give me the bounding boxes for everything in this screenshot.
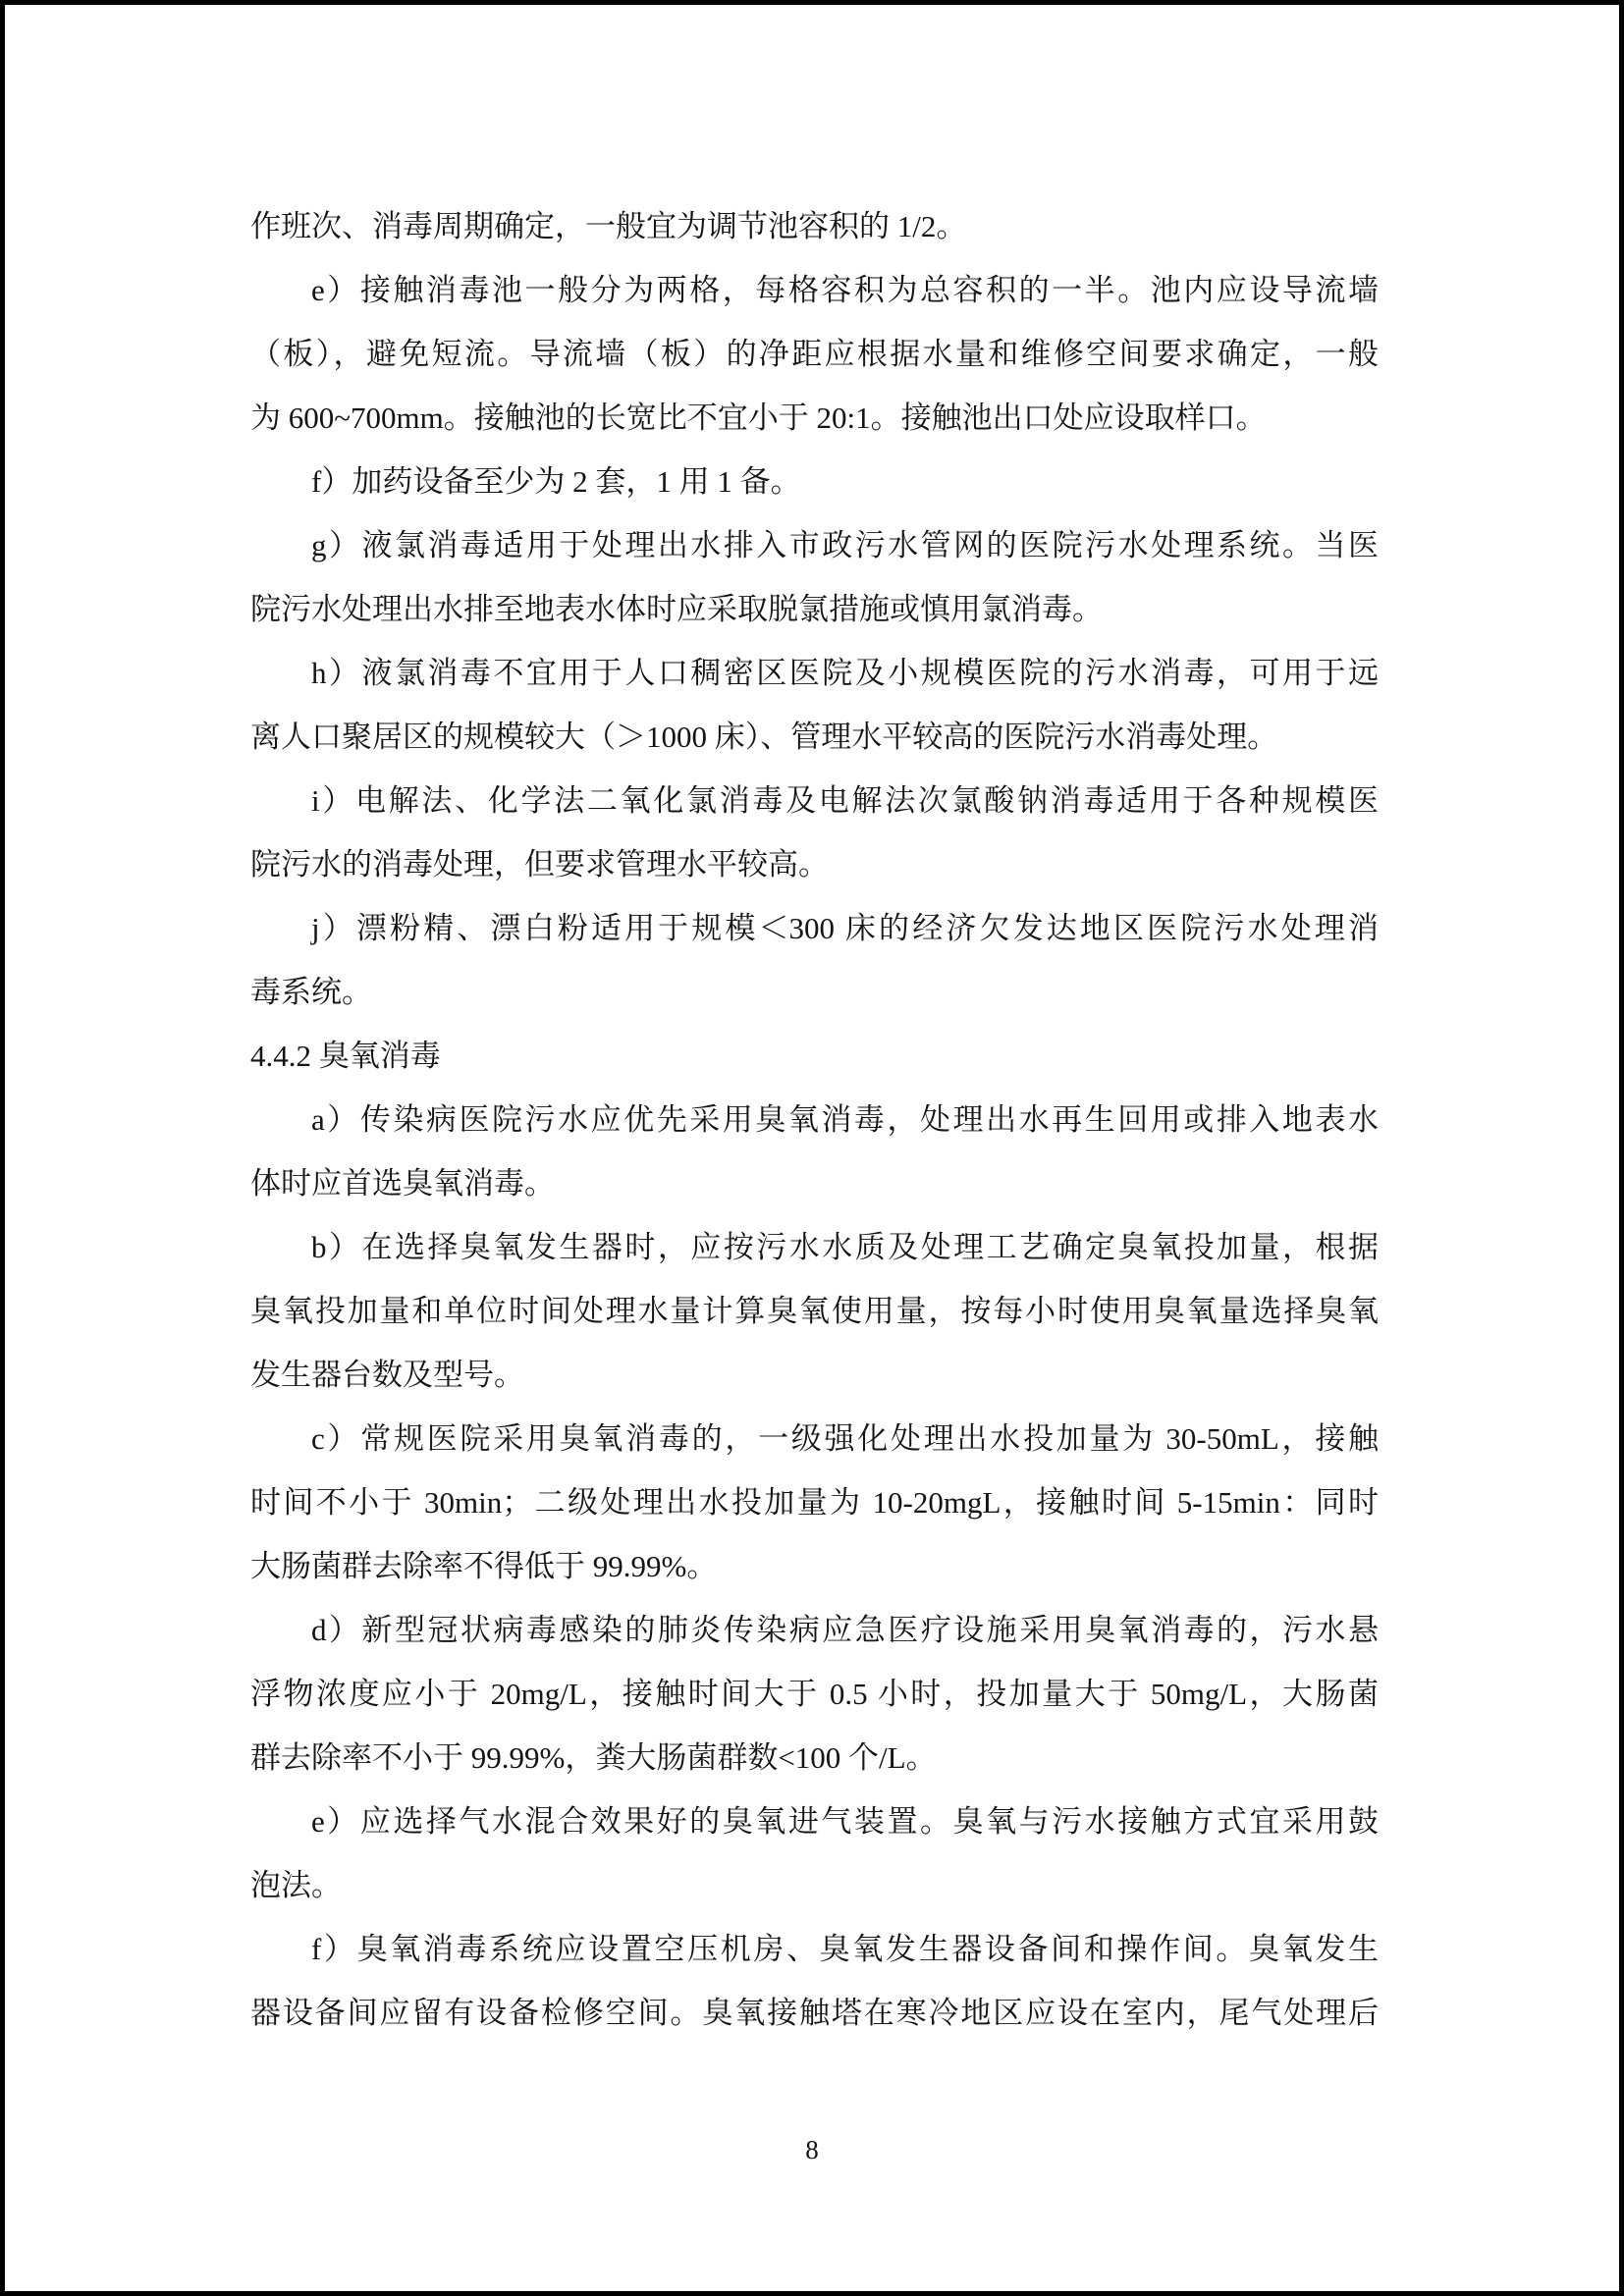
text-line: d）新型冠状病毒感染的肺炎传染病应急医疗设施采用臭氧消毒的，污水悬: [250, 1598, 1379, 1662]
text-line: 浮物浓度应小于 20mg/L，接触时间大于 0.5 小时，投加量大于 50mg/…: [250, 1662, 1379, 1726]
text-line: h）液氯消毒不宜用于人口稠密区医院及小规模医院的污水消毒，可用于远: [250, 641, 1379, 705]
text-line: 体时应首选臭氧消毒。: [250, 1151, 1379, 1215]
text-line: 为 600~700mm。接触池的长宽比不宜小于 20:1。接触池出口处应设取样口…: [250, 386, 1379, 450]
text-line: c）常规医院采用臭氧消毒的，一级强化处理出水投加量为 30-50mL，接触: [250, 1407, 1379, 1470]
text-line: g）液氯消毒适用于处理出水排入市政污水管网的医院污水处理系统。当医: [250, 513, 1379, 577]
text-line: 4.4.2 臭氧消毒: [250, 1024, 1379, 1088]
text-line: e）接触消毒池一般分为两格，每格容积为总容积的一半。池内应设导流墙: [250, 258, 1379, 322]
text-line: i）电解法、化学法二氧化氯消毒及电解法次氯酸钠消毒适用于各种规模医: [250, 769, 1379, 832]
document-page: 作班次、消毒周期确定，一般宜为调节池容积的 1/2。e）接触消毒池一般分为两格，…: [0, 0, 1624, 2296]
text-line: 发生器台数及型号。: [250, 1343, 1379, 1407]
text-line: 离人口聚居区的规模较大（＞1000 床）、管理水平较高的医院污水消毒处理。: [250, 705, 1379, 769]
document-text: 作班次、消毒周期确定，一般宜为调节池容积的 1/2。e）接触消毒池一般分为两格，…: [5, 5, 1619, 2045]
text-line: 泡法。: [250, 1853, 1379, 1917]
text-line: f）加药设备至少为 2 套，1 用 1 备。: [250, 450, 1379, 513]
page-number: 8: [805, 2135, 819, 2164]
text-line: （板），避免短流。导流墙（板）的净距应根据水量和维修空间要求确定，一般: [250, 322, 1379, 386]
text-line: 院污水的消毒处理，但要求管理水平较高。: [250, 832, 1379, 896]
text-line: f）臭氧消毒系统应设置空压机房、臭氧发生器设备间和操作间。臭氧发生: [250, 1917, 1379, 1981]
page-footer: 8: [5, 2135, 1619, 2165]
text-line: b）在选择臭氧发生器时，应按污水水质及处理工艺确定臭氧投加量，根据: [250, 1215, 1379, 1279]
text-line: 群去除率不小于 99.99%，粪大肠菌群数<100 个/L。: [250, 1726, 1379, 1789]
text-line: 毒系统。: [250, 960, 1379, 1024]
text-line: 作班次、消毒周期确定，一般宜为调节池容积的 1/2。: [250, 194, 1379, 258]
text-line: 院污水处理出水排至地表水体时应采取脱氯措施或慎用氯消毒。: [250, 577, 1379, 641]
text-line: 时间不小于 30min；二级处理出水投加量为 10-20mgL，接触时间 5-1…: [250, 1470, 1379, 1534]
text-line: 臭氧投加量和单位时间处理水量计算臭氧使用量，按每小时使用臭氧量选择臭氧: [250, 1279, 1379, 1343]
text-line: e）应选择气水混合效果好的臭氧进气装置。臭氧与污水接触方式宜采用鼓: [250, 1789, 1379, 1853]
text-line: a）传染病医院污水应优先采用臭氧消毒，处理出水再生回用或排入地表水: [250, 1088, 1379, 1151]
text-line: 大肠菌群去除率不得低于 99.99%。: [250, 1534, 1379, 1598]
text-line: j）漂粉精、漂白粉适用于规模＜300 床的经济欠发达地区医院污水处理消: [250, 896, 1379, 960]
text-line: 器设备间应留有设备检修空间。臭氧接触塔在寒冷地区应设在室内，尾气处理后: [250, 1981, 1379, 2045]
